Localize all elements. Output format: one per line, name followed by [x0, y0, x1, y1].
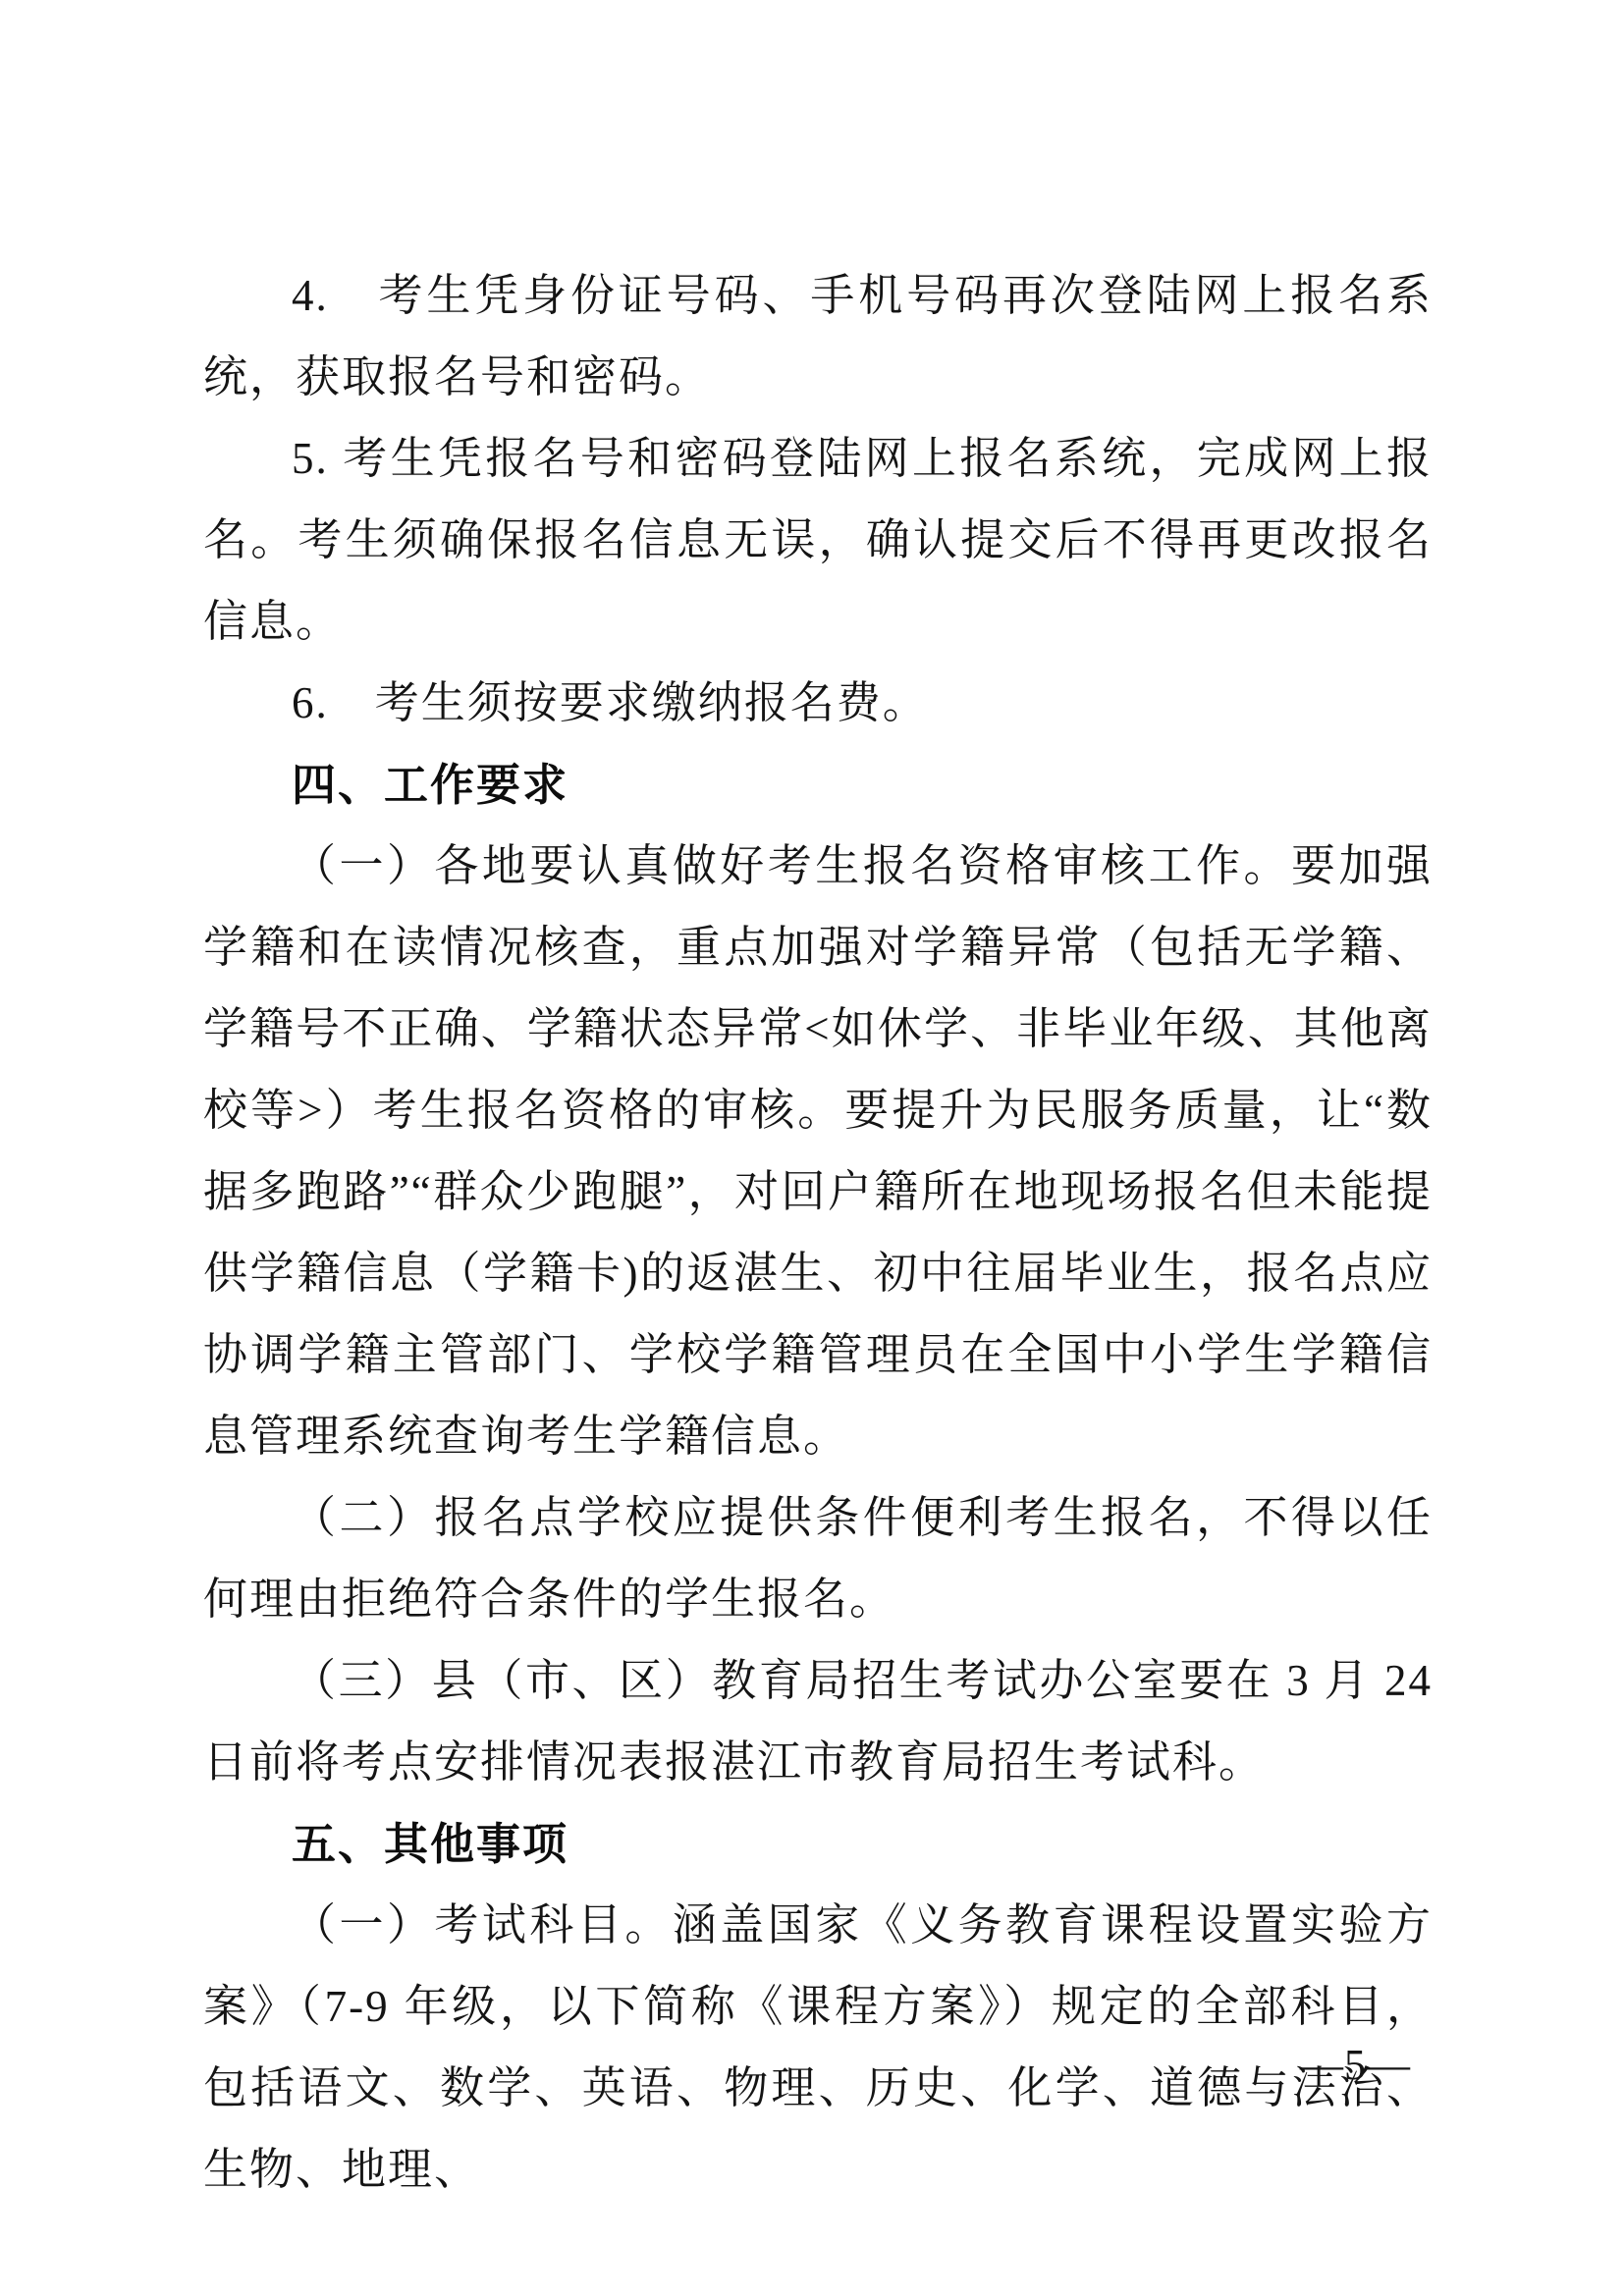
document-page: 4. 考生凭身份证号码、手机号码再次登陆网上报名系统，获取报名号和密码。 5. … — [0, 0, 1624, 2296]
paragraph-exam-subjects: （一）考试科目。涵盖国家《义务教育课程设置实验方案》（7-9 年级，以下简称《课… — [203, 1885, 1433, 2211]
section-heading-work-requirements: 四、工作要求 — [203, 744, 1433, 826]
paragraph-work-req-2: （二）报名点学校应提供条件便利考生报名，不得以任何理由拒绝符合条件的学生报名。 — [203, 1477, 1433, 1640]
section-heading-other-matters: 五、其他事项 — [203, 1803, 1433, 1885]
paragraph-item-4: 4. 考生凭身份证号码、手机号码再次登陆网上报名系统，获取报名号和密码。 — [203, 255, 1433, 418]
paragraph-work-req-3: （三）县（市、区）教育局招生考试办公室要在 3 月 24 日前将考点安排情况表报… — [203, 1640, 1433, 1803]
paragraph-work-req-1: （一）各地要认真做好考生报名资格审核工作。要加强学籍和在读情况核查，重点加强对学… — [203, 826, 1433, 1477]
paragraph-item-6: 6. 考生须按要求缴纳报名费。 — [203, 663, 1433, 744]
document-body: 4. 考生凭身份证号码、手机号码再次登陆网上报名系统，获取报名号和密码。 5. … — [203, 255, 1433, 2211]
paragraph-item-5: 5. 考生凭报名号和密码登陆网上报名系统，完成网上报名。考生须确保报名信息无误，… — [203, 418, 1433, 663]
page-number: —5— — [1300, 2042, 1411, 2089]
